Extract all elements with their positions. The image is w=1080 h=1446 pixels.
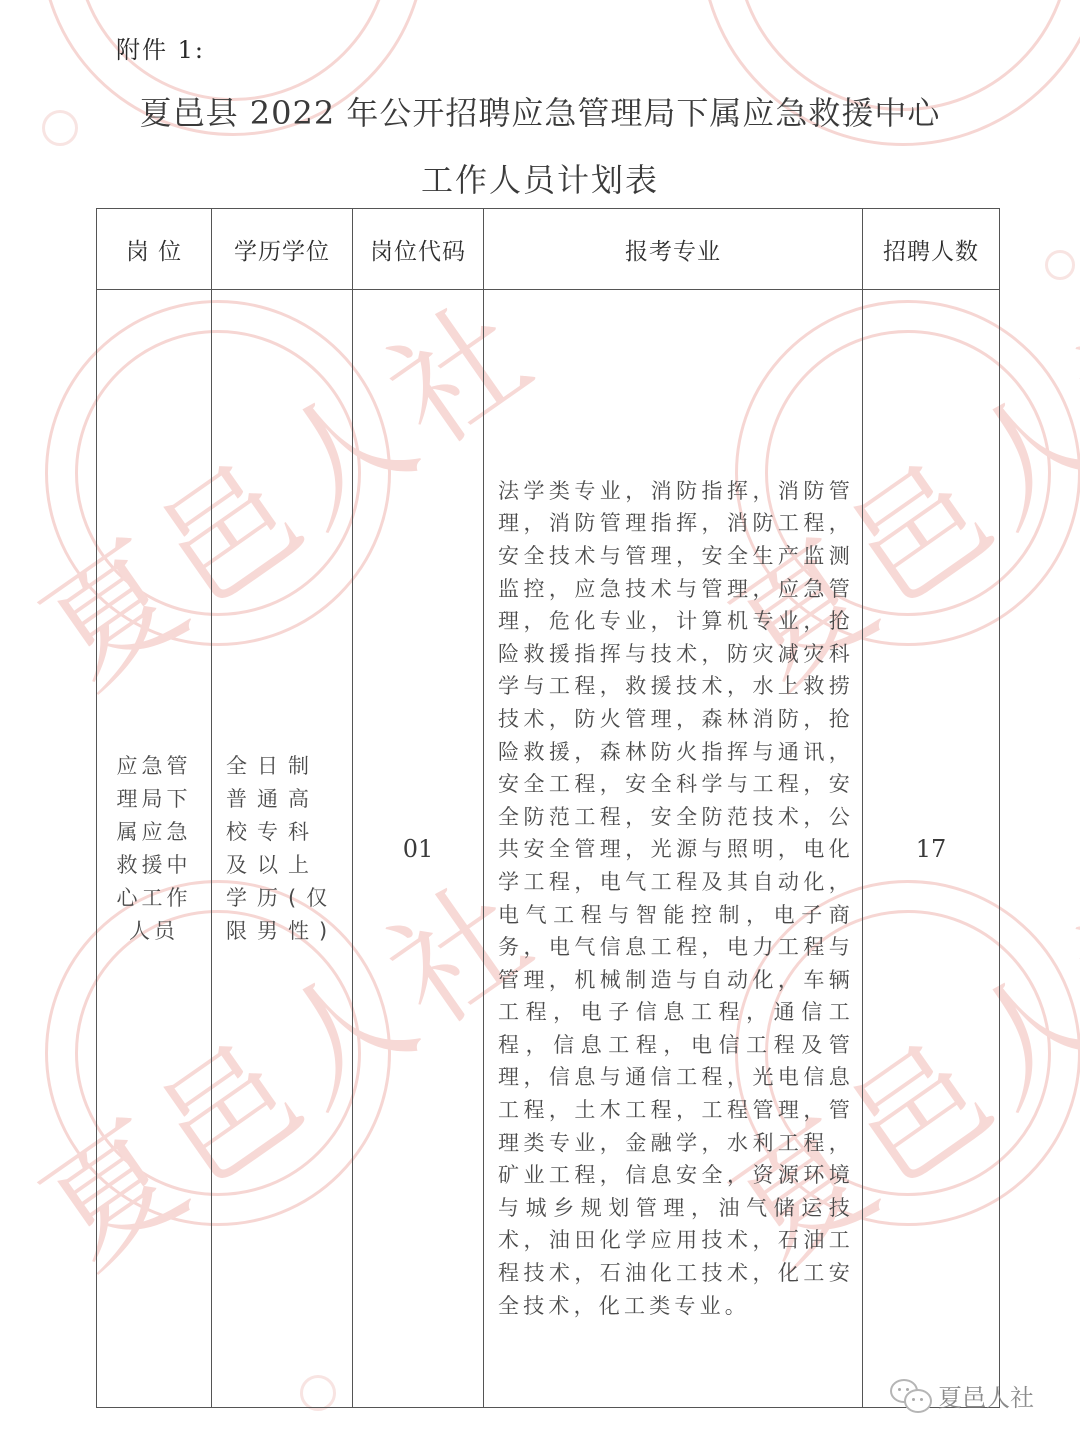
watermark-dot: [1045, 250, 1075, 280]
post-name: 应急管理局下属应急救援中心工作人员: [97, 750, 211, 948]
cell-post-code: 01: [353, 290, 484, 1408]
headcount-value: 17: [916, 835, 947, 863]
majors-list: 法学类专业，消防指挥，消防管理，消防管理指挥，消防工程，安全技术与管理，安全生产…: [484, 375, 862, 1322]
wechat-account-brand: 夏邑人社: [890, 1378, 1034, 1413]
cell-headcount: 17: [863, 290, 1000, 1408]
table-row: 应急管理局下属应急救援中心工作人员 全日制普通高校专科及以上学历(仅限男性) 0…: [97, 290, 1000, 1408]
header-majors: 报考专业: [484, 209, 863, 290]
header-headcount: 招聘人数: [863, 209, 1000, 290]
recruitment-plan-table: 岗 位 学历学位 岗位代码 报考专业 招聘人数 应急管理局下属应急救援中心工作人…: [96, 208, 1000, 1408]
wechat-icon: [890, 1379, 932, 1413]
cell-education: 全日制普通高校专科及以上学历(仅限男性): [212, 290, 353, 1408]
brand-name: 夏邑人社: [938, 1378, 1034, 1413]
post-code: 01: [403, 835, 434, 863]
attachment-label: 附件 1:: [116, 30, 205, 65]
header-post: 岗 位: [97, 209, 212, 290]
document-title-line2: 工作人员计划表: [0, 155, 1080, 201]
cell-post: 应急管理局下属应急救援中心工作人员: [97, 290, 212, 1408]
document-title-line1: 夏邑县 2022 年公开招聘应急管理局下属应急救援中心: [0, 88, 1080, 134]
table-header-row: 岗 位 学历学位 岗位代码 报考专业 招聘人数: [97, 209, 1000, 290]
cell-majors: 法学类专业，消防指挥，消防管理，消防管理指挥，消防工程，安全技术与管理，安全生产…: [484, 290, 863, 1408]
header-education: 学历学位: [212, 209, 353, 290]
header-post-code: 岗位代码: [353, 209, 484, 290]
education-requirement: 全日制普通高校专科及以上学历(仅限男性): [212, 750, 352, 948]
